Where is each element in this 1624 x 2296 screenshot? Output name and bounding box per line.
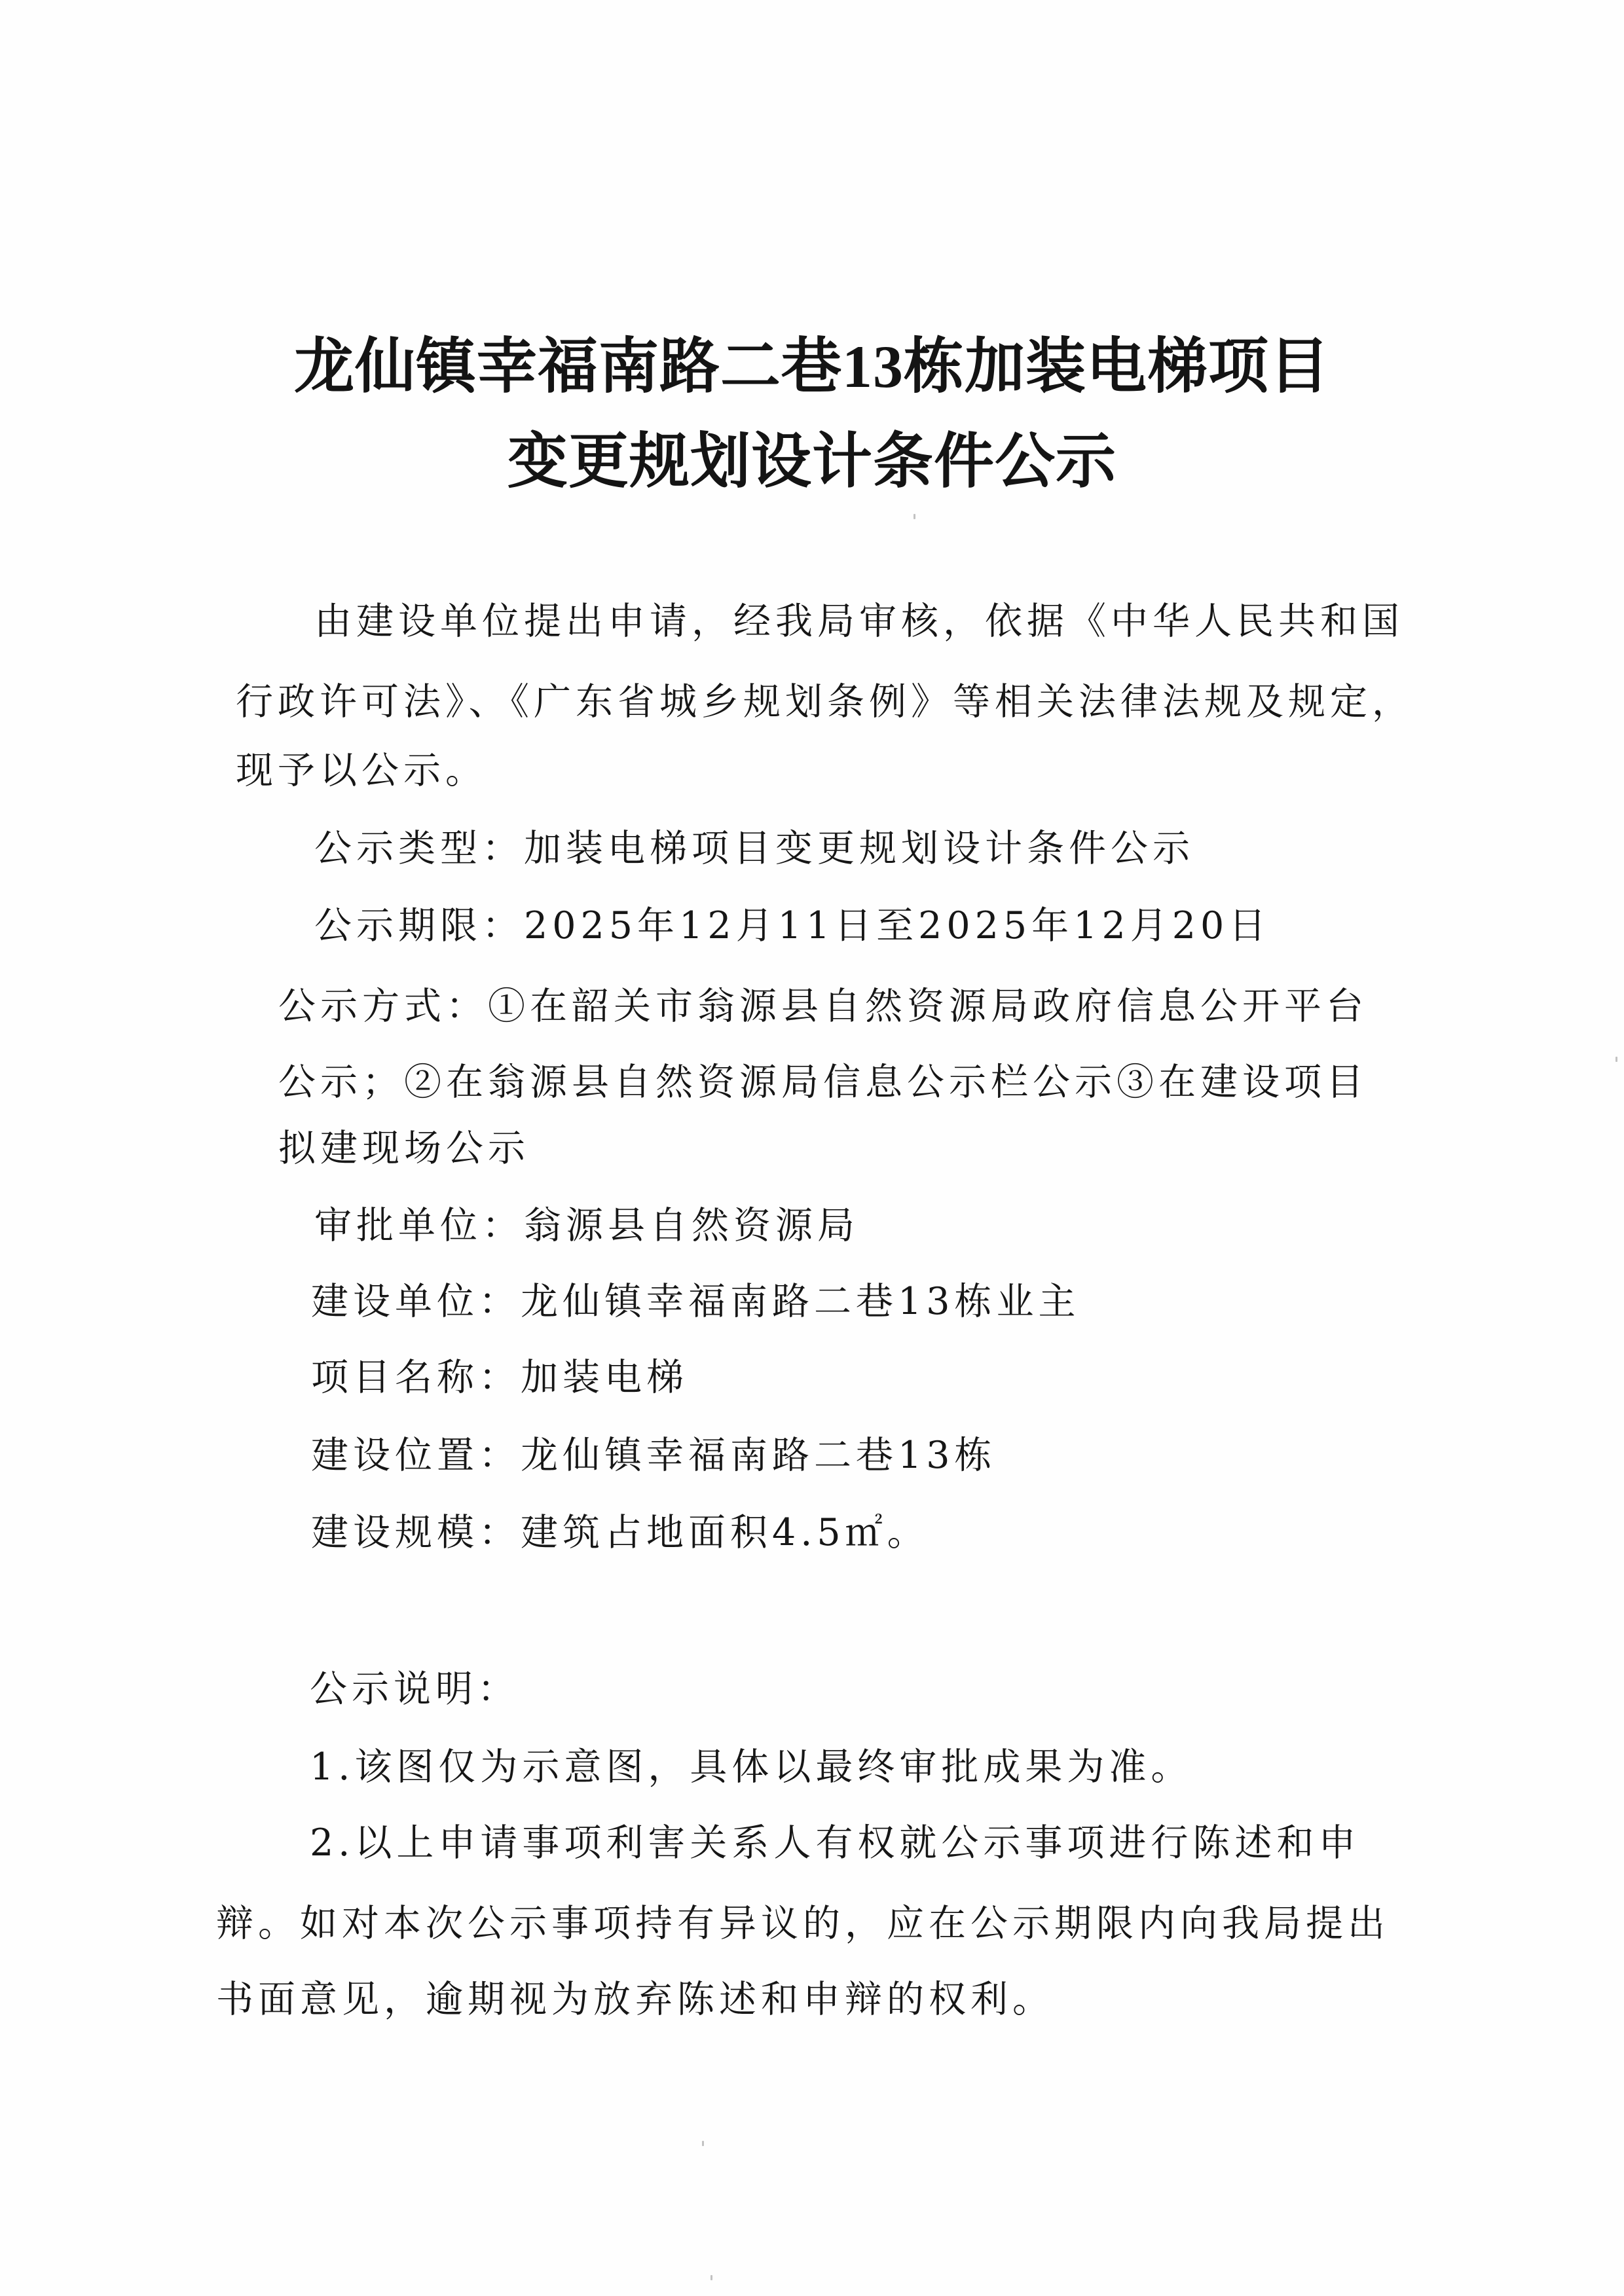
notice-type-value: 加装电梯项目变更规划设计条件公示 (524, 827, 1194, 870)
notice-type-row: 公示类型：加装电梯项目变更规划设计条件公示 (314, 826, 1194, 871)
scan-speck (1615, 1057, 1617, 1062)
notice-period-value: 2025年12月11日至2025年12月20日 (524, 904, 1270, 947)
construction-unit-row: 建设单位：龙仙镇幸福南路二巷13栋业主 (311, 1279, 1080, 1324)
scan-speck (702, 2141, 704, 2146)
notice-method-line-3: 拟建现场公示 (278, 1125, 530, 1171)
notes-item-1: 1.该图仅为示意图，具体以最终审批成果为准。 (310, 1744, 1192, 1790)
notice-type-label: 公示类型： (314, 827, 524, 870)
notice-method-label: 公示方式： (278, 985, 488, 1028)
notice-method-line-2: 公示；②在翁源县自然资源局信息公示栏公示③在建设项目 (278, 1059, 1368, 1105)
document-page: 龙仙镇幸福南路二巷13栋加装电梯项目 变更规划设计条件公示 由建设单位提出申请，… (0, 0, 1624, 2296)
intro-line-2: 行政许可法》、《广东省城乡规划条例》等相关法律法规及规定， (236, 679, 1414, 725)
project-name-value: 加装电梯 (521, 1356, 688, 1399)
construction-location-row: 建设位置：龙仙镇幸福南路二巷13栋 (311, 1432, 997, 1478)
construction-scale-label: 建设规模： (311, 1511, 521, 1554)
notes-item-2-line-2: 辩。如对本次公示事项持有异议的，应在公示期限内向我局提出 (216, 1901, 1390, 1946)
scan-speck (913, 514, 915, 519)
intro-line-1: 由建设单位提出申请，经我局审核，依据《中华人民共和国 (314, 598, 1404, 644)
construction-location-label: 建设位置： (311, 1434, 521, 1477)
approval-unit-label: 审批单位： (314, 1204, 524, 1247)
construction-scale-row: 建设规模：建筑占地面积4.5㎡。 (311, 1510, 929, 1556)
notice-period-row: 公示期限：2025年12月11日至2025年12月20日 (314, 903, 1270, 949)
notice-method-row: 公示方式：①在韶关市翁源县自然资源局政府信息公开平台 (278, 983, 1368, 1029)
construction-unit-value: 龙仙镇幸福南路二巷13栋业主 (521, 1280, 1080, 1323)
construction-scale-value: 建筑占地面积4.5㎡。 (521, 1511, 929, 1554)
construction-unit-label: 建设单位： (311, 1280, 521, 1323)
scan-speck (710, 2275, 712, 2280)
notes-item-2-line-3: 书面意见，逾期视为放弃陈述和申辩的权利。 (216, 1977, 1054, 2022)
approval-unit-row: 审批单位：翁源县自然资源局 (314, 1203, 859, 1248)
notes-item-2-line-1: 2.以上申请事项利害关系人有权就公示事项进行陈述和申 (310, 1820, 1360, 1866)
approval-unit-value: 翁源县自然资源局 (524, 1204, 859, 1247)
notice-period-label: 公示期限： (314, 904, 524, 947)
notes-heading: 公示说明： (310, 1666, 519, 1712)
document-title-line-2: 变更规划设计条件公示 (0, 426, 1624, 498)
document-title-line-1: 龙仙镇幸福南路二巷13栋加装电梯项目 (0, 331, 1624, 403)
project-name-row: 项目名称：加装电梯 (311, 1355, 688, 1400)
notice-method-line-1: ①在韶关市翁源县自然资源局政府信息公开平台 (488, 985, 1368, 1028)
intro-line-3: 现予以公示。 (236, 748, 487, 793)
project-name-label: 项目名称： (311, 1356, 521, 1399)
construction-location-value: 龙仙镇幸福南路二巷13栋 (521, 1434, 997, 1477)
